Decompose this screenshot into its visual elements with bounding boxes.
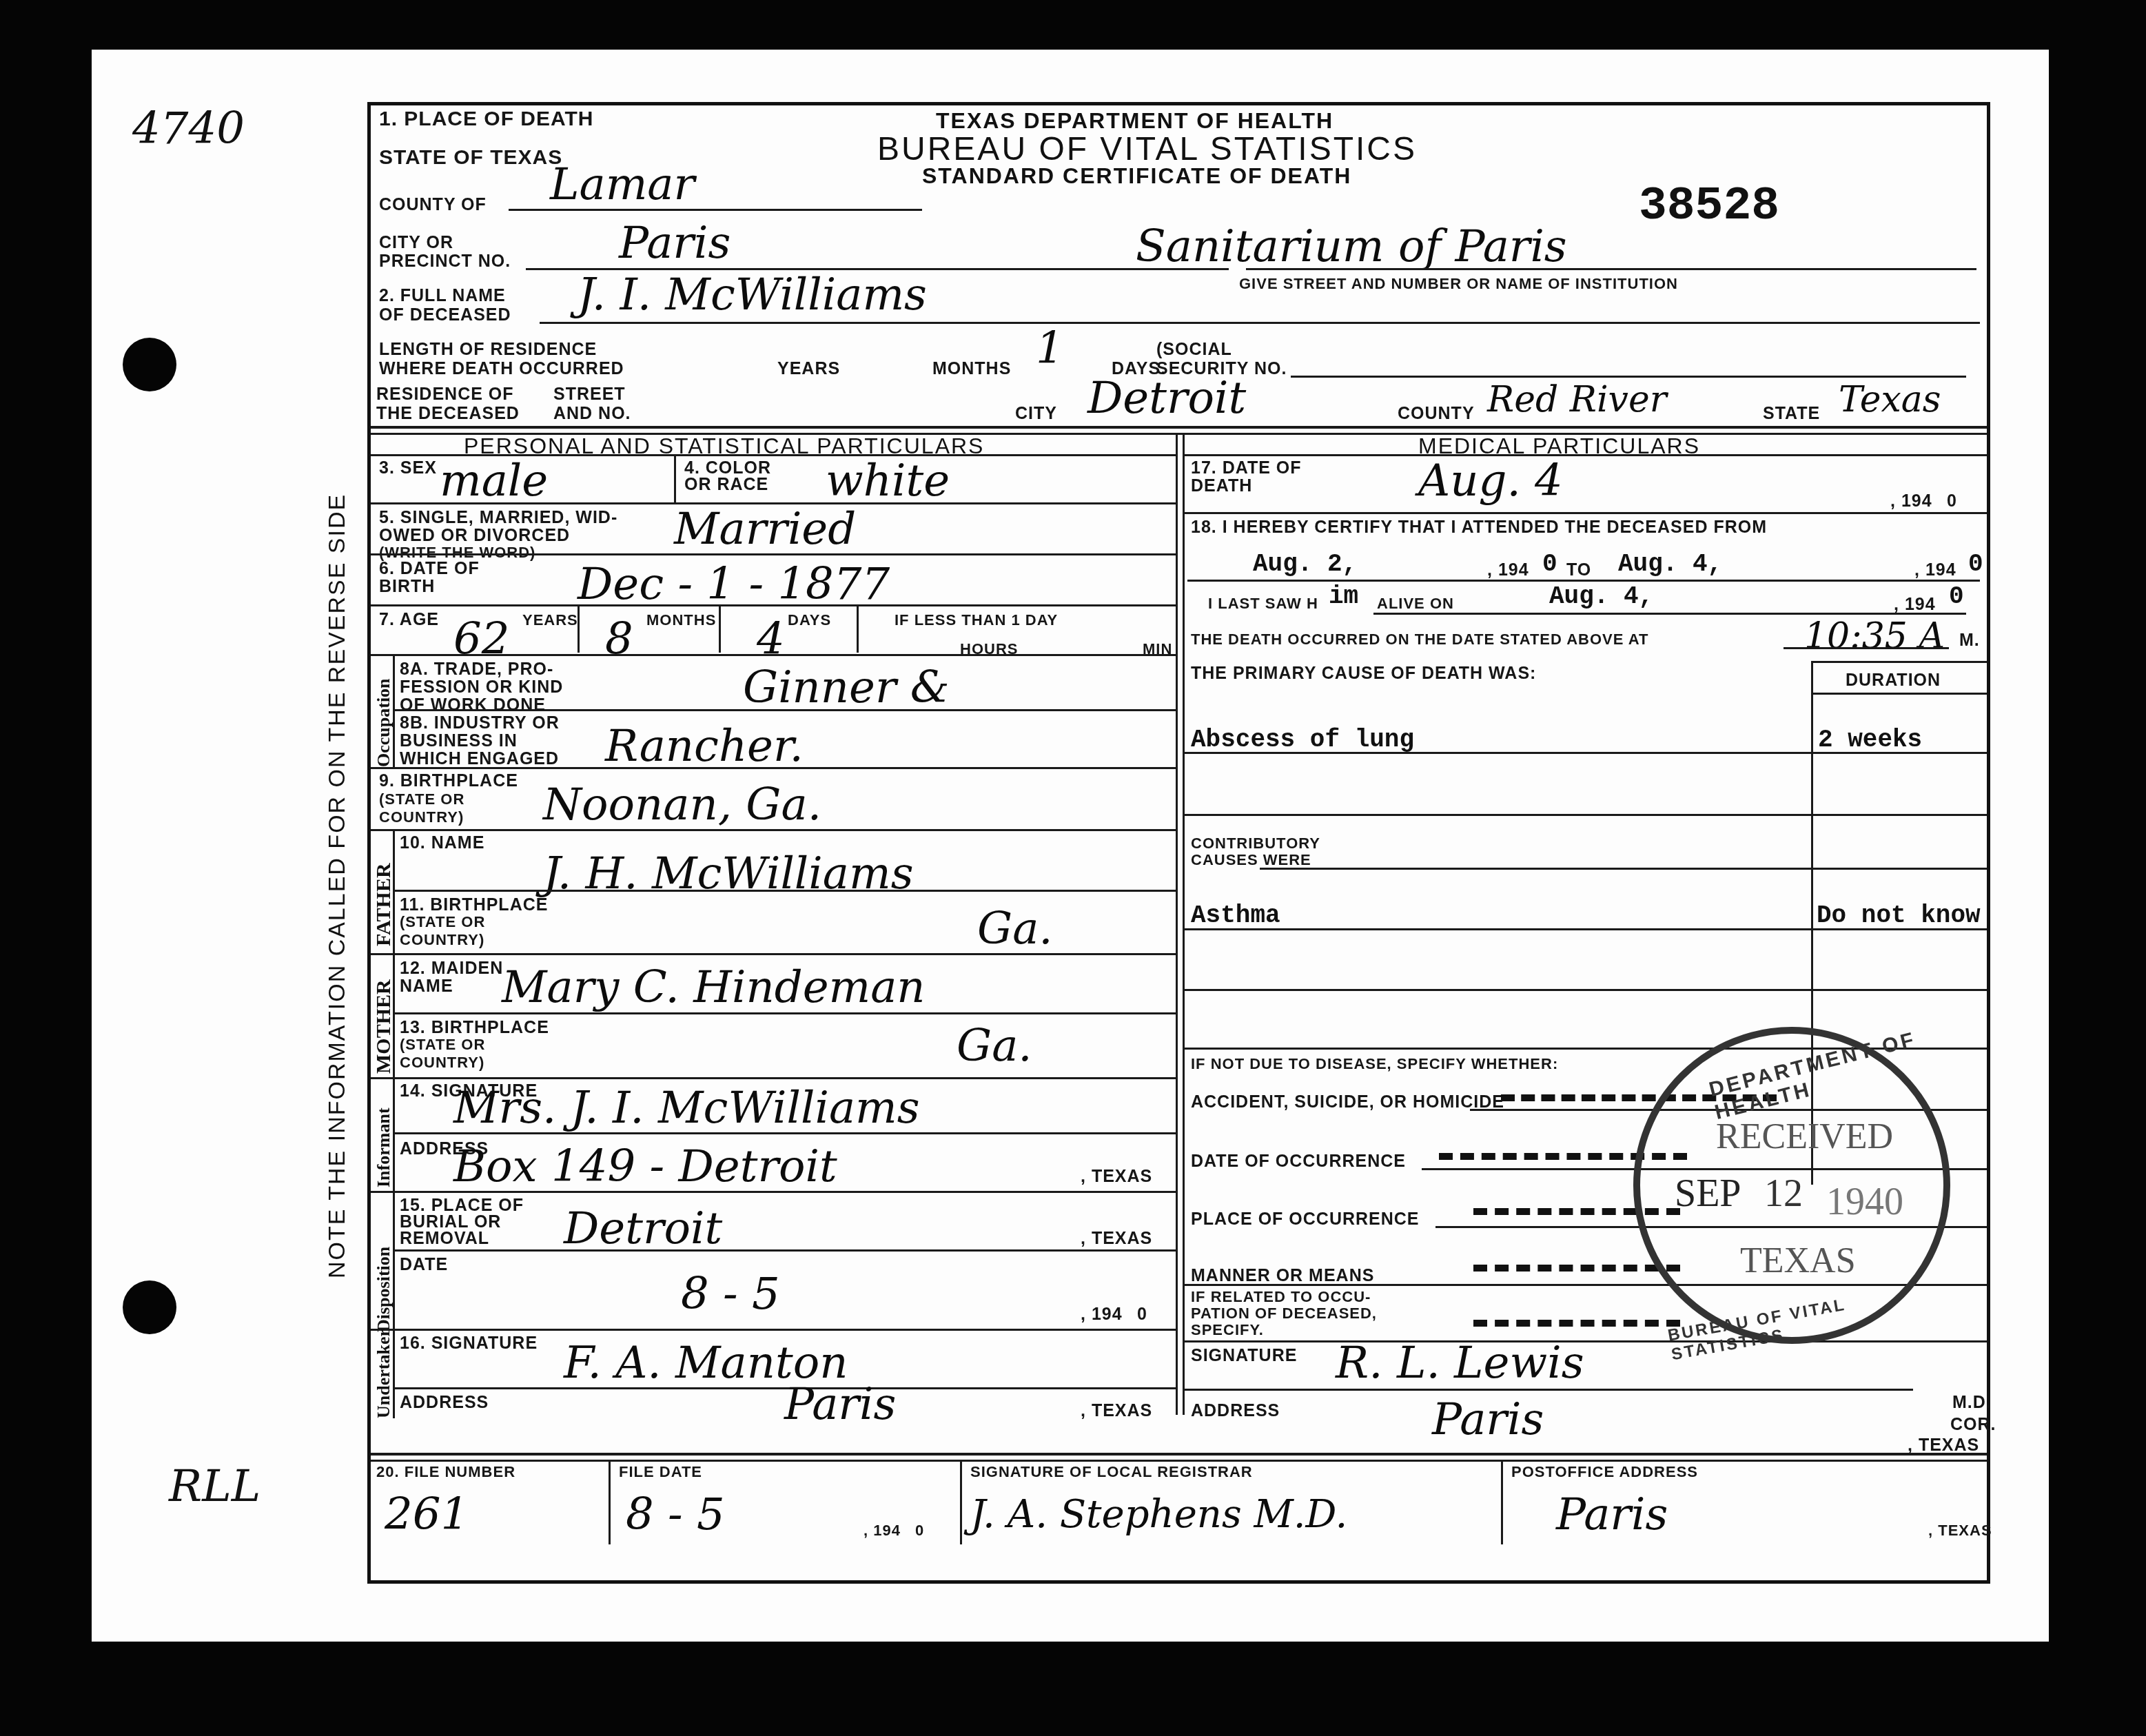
last-saw-date: Aug. 4, [1549,582,1653,611]
undertaker-side-label: Undertaker [374,1329,394,1418]
state-label: STATE OF TEXAS [379,148,562,167]
attended-from: Aug. 2, [1253,550,1357,578]
disposition-side-label: Disposition [374,1247,394,1332]
stamp-year: 1940 [1826,1180,1903,1224]
county-value: Lamar [550,161,695,209]
dob-value: Dec - 1 - 1877 [578,560,890,609]
contributory-cause: Asthma [1191,901,1280,930]
physician-signature: R. L. Lewis [1336,1339,1584,1387]
residence-city-value: Detroit [1087,374,1246,422]
contributory-duration: Do not know [1817,901,1981,930]
institution-value: Sanitarium of Paris [1136,223,1567,271]
sex-value: male [440,457,548,505]
stamp-month: SEP [1675,1172,1741,1216]
marital-value: Married [674,505,856,553]
margin-note-bottom: RLL [169,1461,260,1512]
birthplace-value: Noonan, Ga. [543,781,821,829]
bureau-title: BUREAU OF VITAL STATISTICS [877,130,1417,168]
informant-signature: Mrs. J. I. McWilliams [453,1084,920,1132]
father-birthplace: Ga. [977,905,1053,953]
undertaker-address: Paris [784,1380,896,1429]
primary-cause: Abscess of lung [1191,726,1414,754]
physician-address: Paris [1432,1396,1544,1444]
father-side-label: FATHER [372,863,396,946]
age-months: 8 [605,615,633,664]
place-of-death-label: 1. PLACE OF DEATH [379,110,593,129]
deceased-name: J. I. McWilliams [578,271,927,319]
reverse-side-note: NOTE THE INFORMATION CALLED FOR ON THE R… [324,493,351,1278]
age-years: 62 [453,615,509,664]
punch-hole-top [123,338,176,391]
last-saw-pronoun: im [1329,582,1358,611]
race-value: white [826,457,950,505]
burial-place: Detroit [564,1205,722,1253]
informant-address: Box 149 - Detroit [453,1143,837,1191]
residence-days-value: 1 [1036,325,1064,373]
stamp-day: 12 [1764,1172,1803,1216]
primary-cause-duration: 2 weeks [1818,726,1922,754]
residence-state-value: Texas [1839,376,1941,424]
industry-value: Rancher. [605,722,804,770]
postoffice-address: Paris [1556,1491,1668,1539]
mother-birthplace: Ga. [957,1022,1032,1070]
city-value: Paris [619,219,730,267]
date-of-death: Aug. 4 [1418,457,1563,505]
stamp-state: TEXAS [1740,1240,1856,1281]
burial-date: 8 - 5 [681,1270,780,1318]
death-certificate-form: TEXAS DEPARTMENT OF HEALTH BUREAU OF VIT… [367,102,1990,1584]
occupation-side-label: Occupation [374,678,394,767]
trade-value: Ginner & [743,664,950,712]
received-stamp: DEPARTMENT OF HEALTH BUREAU OF VITAL STA… [1633,1027,1950,1344]
mother-name: Mary C. Hindeman [502,963,926,1012]
punch-hole-bottom [123,1280,176,1334]
form-title: STANDARD CERTIFICATE OF DEATH [922,163,1351,189]
stamp-received: RECEIVED [1716,1116,1893,1157]
registrar-signature: J. A. Stephens M.D. [970,1491,1347,1539]
informant-side-label: Informant [374,1107,394,1187]
residence-county-value: Red River [1487,376,1667,424]
institution-hint: GIVE STREET AND NUMBER OR NAME OF INSTIT… [1239,275,1678,292]
certificate-number: 38528 [1639,180,1779,233]
file-date: 8 - 5 [626,1491,725,1539]
death-time: 10:35 A [1804,612,1945,660]
file-number: 261 [385,1491,469,1539]
county-label: COUNTY OF [379,195,487,214]
mother-side-label: MOTHER [372,979,396,1074]
attended-to: Aug. 4, [1618,550,1722,578]
margin-note-top: 4740 [132,103,245,154]
age-days: 4 [757,615,785,664]
city-label: CITY OR [379,233,453,252]
